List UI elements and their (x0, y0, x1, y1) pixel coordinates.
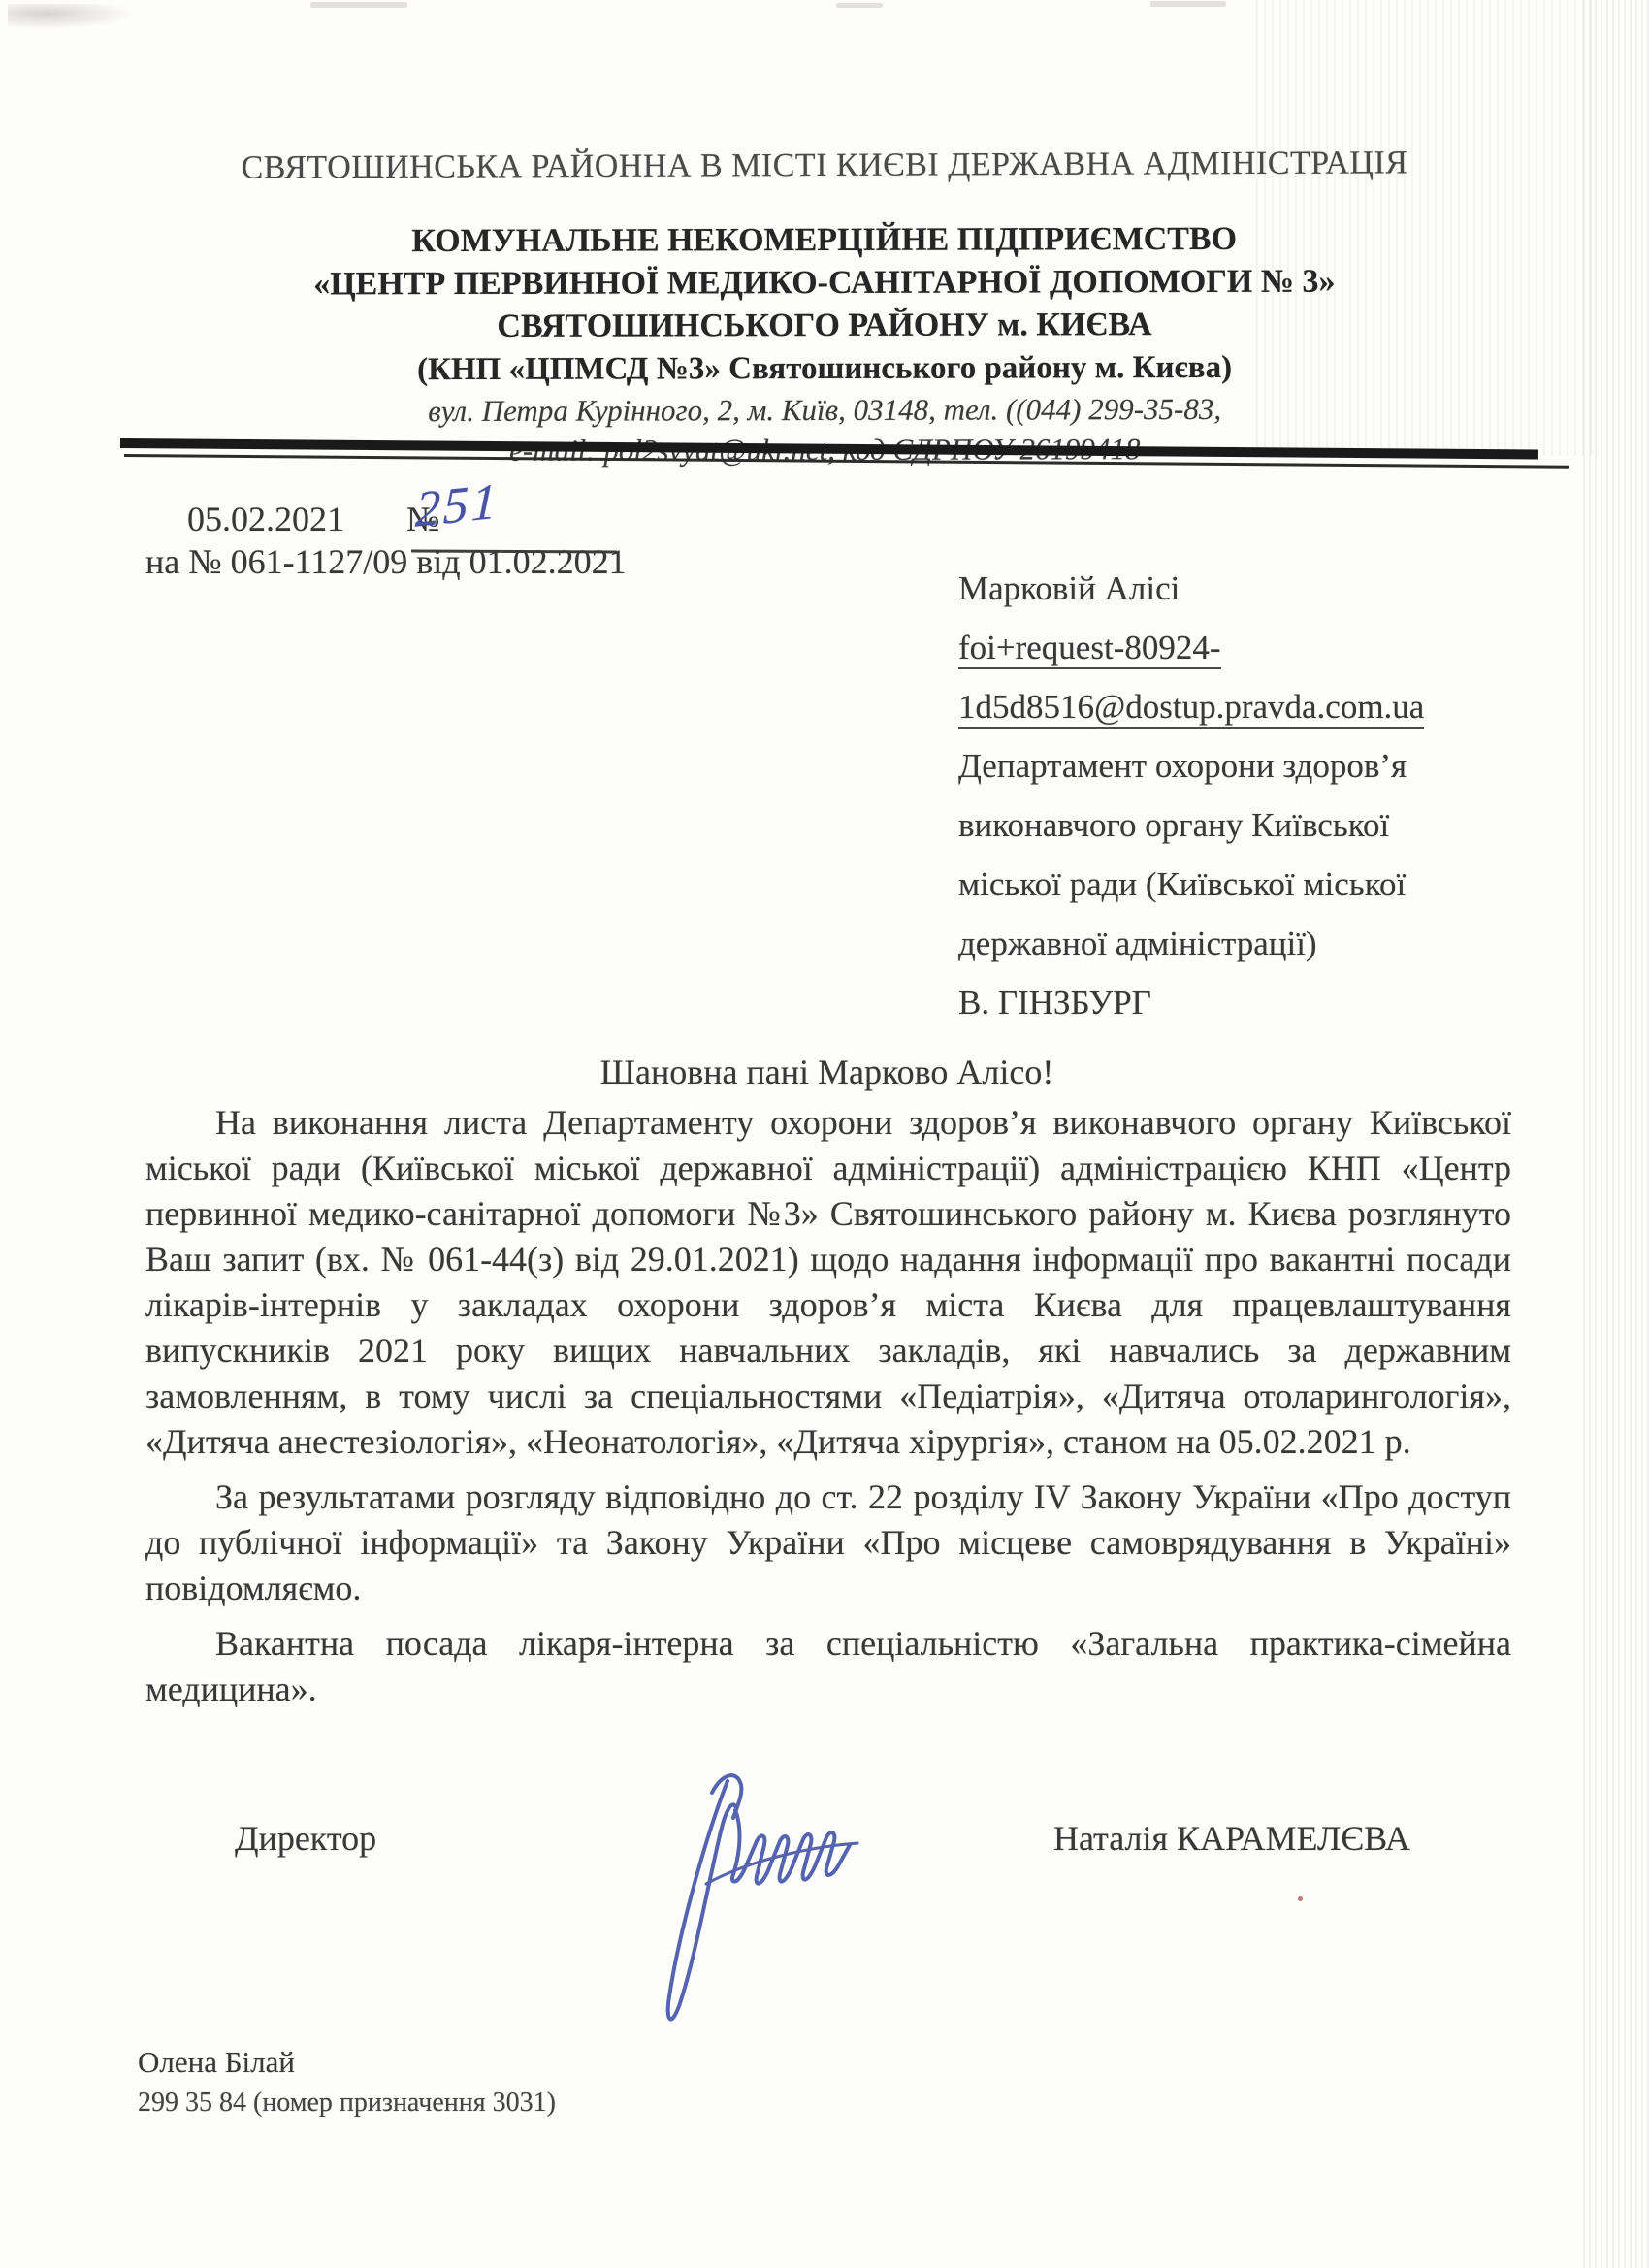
handwritten-outgoing-number: 251 (414, 472, 501, 539)
scan-mark (836, 3, 883, 8)
incoming-reference-line: на № 061-1127/09 від 01.02.2021 (145, 541, 627, 582)
recipient-email-part2: 1d5d8516@dostup.pravda.com.ua (958, 677, 1502, 736)
org-address-line: вул. Петра Курінного, 2, м. Київ, 03148,… (0, 388, 1649, 432)
recipient-email-part1: foi+request-80924- (958, 618, 1502, 677)
signer-title: Директор (235, 1818, 376, 1859)
executor-phone: 299 35 84 (номер призначення 3031) (138, 2088, 556, 2119)
signer-name: Наталія КАРАМЕЛЄВА (1053, 1818, 1410, 1859)
letter-body: На виконання листа Департаменту охорони … (145, 1100, 1511, 1712)
body-paragraph: Вакантна посада лікаря-інтерна за спеціа… (145, 1621, 1511, 1712)
executor-name: Олена Білай (138, 2045, 295, 2080)
recipient-block: Марковій Алісі foi+request-80924- 1d5d85… (958, 559, 1502, 1032)
scan-mark (310, 2, 407, 8)
org-name-line: КОМУНАЛЬНЕ НЕКОМЕРЦІЙНЕ ПІДПРИЄМСТВО (0, 217, 1649, 264)
recipient-email-text: 1d5d8516@dostup.pravda.com.ua (958, 688, 1424, 729)
body-paragraph: На виконання листа Департаменту охорони … (145, 1100, 1511, 1465)
recipient-department-line: Департамент охорони здоров’я (958, 736, 1502, 795)
scan-mark (1150, 1, 1226, 7)
org-name-line: СВЯТОШИНСЬКОГО РАЙОНУ м. КИЄВА (0, 303, 1649, 349)
recipient-email-text: foi+request-80924- (958, 629, 1221, 669)
org-abbreviation-line: (КНП «ЦПМСД №3» Святошинського району м.… (0, 345, 1649, 392)
recipient-department-line: державної адміністрації) (958, 914, 1502, 973)
organization-block: КОМУНАЛЬНЕ НЕКОМЕРЦІЙНЕ ПІДПРИЄМСТВО «ЦЕ… (0, 217, 1649, 471)
recipient-official-name: В. ГІНЗБУРГ (958, 973, 1502, 1032)
recipient-department-line: міської ради (Київської міської (958, 855, 1502, 914)
recipient-name: Марковій Алісі (958, 559, 1502, 618)
letter-date: 05.02.2021 (187, 500, 344, 538)
body-paragraph: За результатами розгляду відповідно до с… (145, 1474, 1511, 1611)
recipient-department-line: виконавчого органу Київської (958, 795, 1502, 855)
handwritten-signature (613, 1758, 923, 2039)
salutation: Шановна пані Марково Алісо! (145, 1052, 1508, 1092)
authority-title: СВЯТОШИНСЬКА РАЙОННА В МІСТІ КИЄВІ ДЕРЖА… (0, 144, 1649, 187)
outgoing-reference-line: 05.02.2021 № (187, 499, 439, 539)
scan-red-dot (1298, 1896, 1303, 1901)
org-name-line: «ЦЕНТР ПЕРВИННОЇ МЕДИКО-САНІТАРНОЇ ДОПОМ… (0, 260, 1649, 307)
scan-smudge (8, 4, 134, 29)
scanned-letter-page: СВЯТОШИНСЬКА РАЙОННА В МІСТІ КИЄВІ ДЕРЖА… (0, 0, 1649, 2268)
